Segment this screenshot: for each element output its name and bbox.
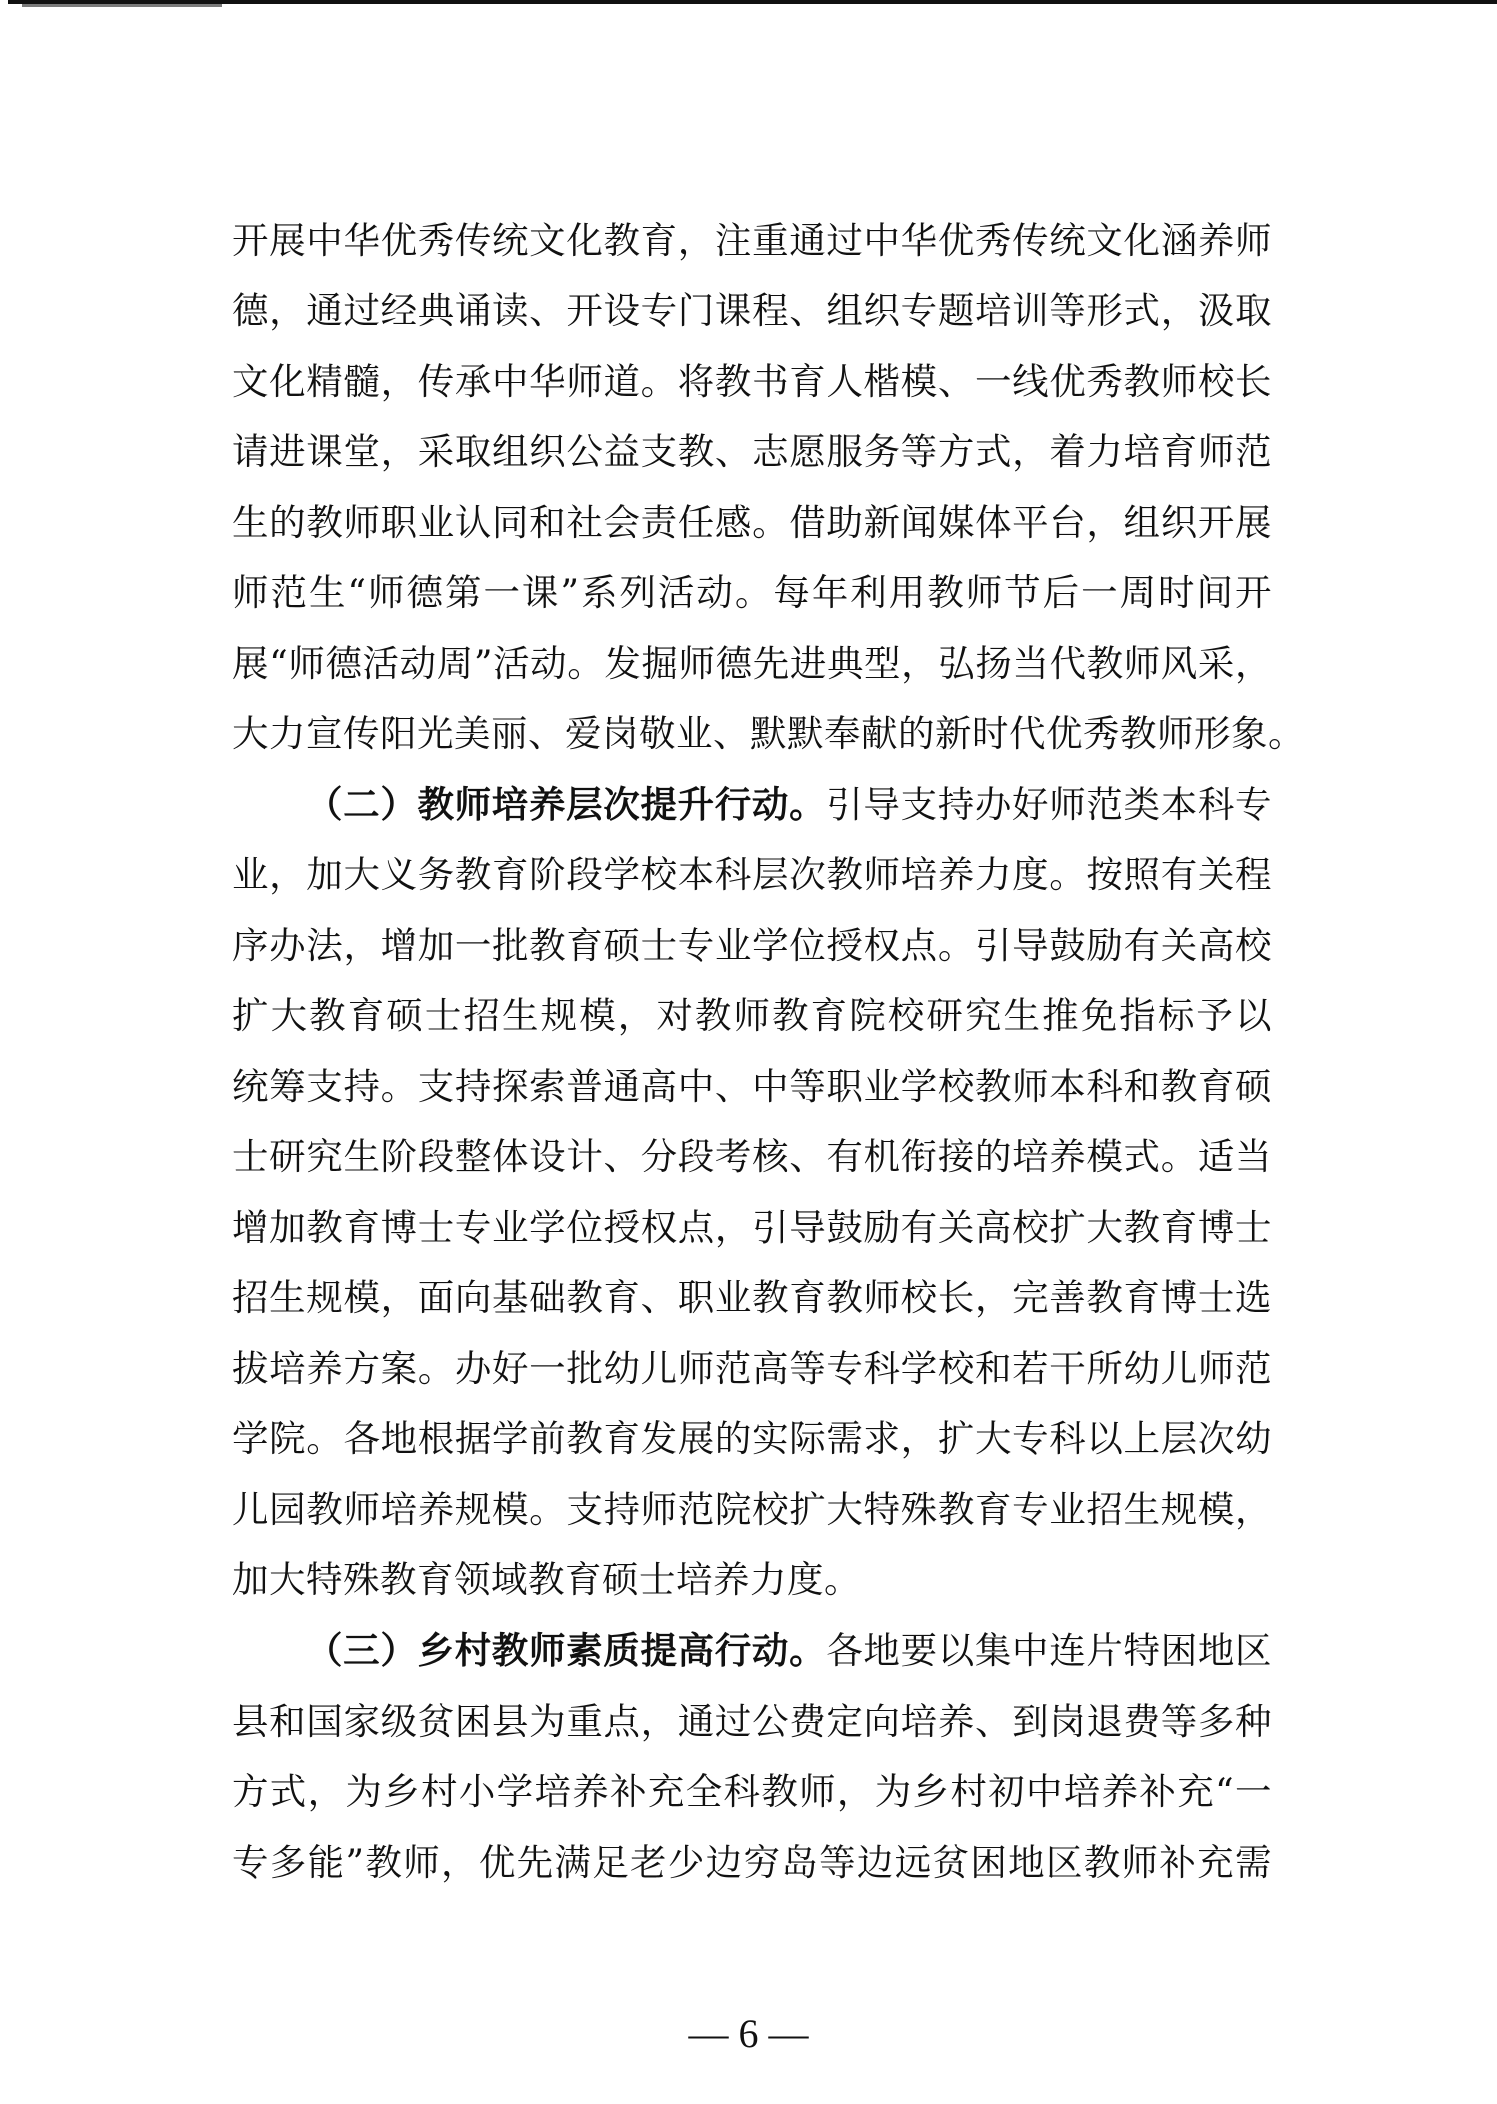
scan-edge-artifact — [8, 0, 1497, 4]
text-line: 县和国家级贫困县为重点，通过公费定向培养、到岗退费等多种 — [232, 1703, 1272, 1741]
text-line: 开展中华优秀传统文化教育，注重通过中华优秀传统文化涵养师 — [232, 222, 1272, 260]
text-line: 请进课堂，采取组织公益支教、志愿服务等方式，着力培育师范 — [232, 433, 1272, 471]
section-heading-line: （三）乡村教师素质提高行动。各地要以集中连片特困地区 — [232, 1632, 1272, 1670]
text-line: 专多能”教师，优先满足老少边穷岛等边远贫困地区教师补充需 — [232, 1844, 1272, 1882]
text-line: 拔培养方案。办好一批幼儿师范高等专科学校和若干所幼儿师范 — [232, 1350, 1272, 1388]
text-run: 引导支持办好师范类本科专 — [826, 783, 1272, 826]
text-line: 方式，为乡村小学培养补充全科教师，为乡村初中培养补充“一 — [232, 1773, 1272, 1811]
text-line: 业，加大义务教育阶段学校本科层次教师培养力度。按照有关程 — [232, 856, 1272, 894]
text-line: 增加教育博士专业学位授权点，引导鼓励有关高校扩大教育博士 — [232, 1209, 1272, 1247]
text-line: 德，通过经典诵读、开设专门课程、组织专题培训等形式，汲取 — [232, 292, 1272, 330]
text-line: 生的教师职业认同和社会责任感。借助新闻媒体平台，组织开展 — [232, 504, 1272, 542]
text-line: 加大特殊教育领域教育硕士培养力度。 — [232, 1561, 1272, 1599]
text-line: 师范生“师德第一课”系列活动。每年利用教师节后一周时间开 — [232, 574, 1272, 612]
text-run: 各地要以集中连片特困地区 — [826, 1629, 1272, 1672]
text-line: 展“师德活动周”活动。发掘师德先进典型，弘扬当代教师风采， — [232, 645, 1272, 683]
page-number: — 6 — — [0, 2012, 1497, 2056]
text-line: 士研究生阶段整体设计、分段考核、有机衔接的培养模式。适当 — [232, 1138, 1272, 1176]
text-line: 儿园教师培养规模。支持师范院校扩大特殊教育专业招生规模， — [232, 1491, 1272, 1529]
scan-edge-artifact-secondary — [22, 4, 222, 7]
text-line: 序办法，增加一批教育硕士专业学位授权点。引导鼓励有关高校 — [232, 927, 1272, 965]
text-line: 文化精髓，传承中华师道。将教书育人楷模、一线优秀教师校长 — [232, 363, 1272, 401]
section-heading: （三）乡村教师素质提高行动。 — [306, 1629, 826, 1672]
section-heading: （二）教师培养层次提升行动。 — [306, 783, 826, 826]
text-line: 统筹支持。支持探索普通高中、中等职业学校教师本科和教育硕 — [232, 1068, 1272, 1106]
text-line: 扩大教育硕士招生规模，对教师教育院校研究生推免指标予以 — [232, 997, 1272, 1035]
text-line: 大力宣传阳光美丽、爱岗敬业、默默奉献的新时代优秀教师形象。 — [232, 715, 1272, 753]
section-heading-line: （二）教师培养层次提升行动。引导支持办好师范类本科专 — [232, 786, 1272, 824]
text-line: 学院。各地根据学前教育发展的实际需求，扩大专科以上层次幼 — [232, 1420, 1272, 1458]
text-line: 招生规模，面向基础教育、职业教育教师校长，完善教育博士选 — [232, 1279, 1272, 1317]
